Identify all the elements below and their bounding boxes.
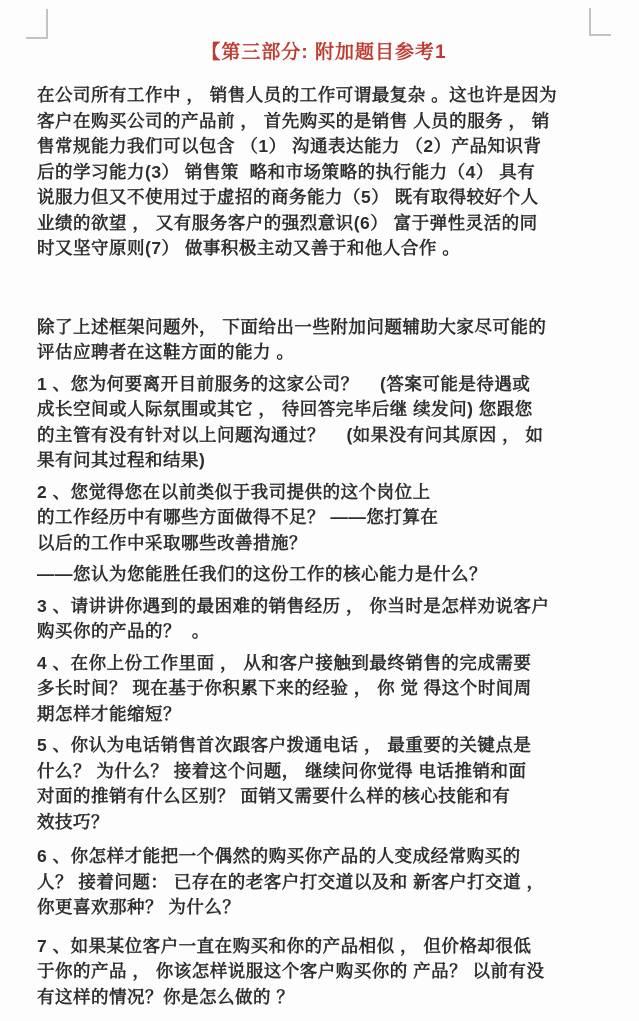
- section-heading: 【第三部分: 附加题目参考1: [37, 40, 611, 66]
- text-line: 2 、您觉得您在以前类似于我司提供的这个岗位上: [37, 480, 611, 506]
- text-line: 6 、你怎样才能把一个偶然的购买你产品的人变成经常购买的: [37, 844, 611, 870]
- text-line: 评估应聘者在这鞋方面的能力 。: [37, 340, 611, 366]
- text-line: 多长时间？ 现在基于你积累下来的经验 ， 你 觉 得这个时间周: [37, 676, 611, 702]
- text-line: 业绩的欲望 ， 又有服务客户的强烈意识(6） 富于弹性灵活的同: [37, 211, 611, 237]
- question-5: 5 、你认为电话销售首次跟客户拨通电话 ， 最重要的关键点是 什么？ 为什么？ …: [37, 733, 611, 835]
- page-content: 【第三部分: 附加题目参考1 在公司所有工作中 ， 销售人员的工作可谓最复杂 。…: [0, 0, 639, 1010]
- question-4: 4 、在你上份工作里面 ， 从和客户接触到最终销售的完成需要 多长时间？ 现在基…: [37, 651, 611, 728]
- text-line: 你更喜欢那种？ 为什么？: [37, 895, 611, 921]
- question-3: 3 、请讲讲你遇到的最困难的销售经历 ， 你当时是怎样劝说客户 购买你的产品的？…: [37, 594, 611, 645]
- text-line: 1 、您为何要离开目前服务的这家公司？ (答案可能是待遇或: [37, 372, 611, 398]
- question-6: 6 、你怎样才能把一个偶然的购买你产品的人变成经常购买的 人？ 接着问题： 已存…: [37, 844, 611, 921]
- text-line: 说服力但又不使用过于虚招的商务能力（5） 既有取得较好个人: [37, 185, 611, 211]
- questions-intro-paragraph: 除了上述框架问题外， 下面给出一些附加问题辅助大家尽可能的 评估应聘者在这鞋方面…: [37, 315, 611, 366]
- text-line: 成长空间或人际氛围或其它 ， 待回答完毕后继 续发问) 您跟您: [37, 397, 611, 423]
- text-line: 以后的工作中采取哪些改善措施？: [37, 531, 611, 557]
- text-line: 在公司所有工作中 ， 销售人员的工作可谓最复杂 。这也许是因为: [37, 83, 611, 109]
- text-line: 的主管有没有针对以上问题沟通过？ (如果没有问其原因 ， 如: [37, 423, 611, 449]
- text-line: 的工作经历中有哪些方面做得不足？ ——您打算在: [37, 505, 611, 531]
- text-line: 什么？ 为什么？ 接着这个问题， 继续问你觉得 电话推销和面: [37, 759, 611, 785]
- document-page: 【第三部分: 附加题目参考1 在公司所有工作中 ， 销售人员的工作可谓最复杂 。…: [0, 0, 639, 1021]
- text-line: 有这样的情况？你是怎么做的 ？: [37, 985, 611, 1011]
- text-line: 4 、在你上份工作里面 ， 从和客户接触到最终销售的完成需要: [37, 651, 611, 677]
- question-2: 2 、您觉得您在以前类似于我司提供的这个岗位上 的工作经历中有哪些方面做得不足？…: [37, 480, 611, 557]
- text-line: 于你的产品 ， 你该怎样说服这个客户购买你的 产品？ 以前有没: [37, 959, 611, 985]
- text-line: 5 、你认为电话销售首次跟客户拨通电话 ， 最重要的关键点是: [37, 733, 611, 759]
- text-line: 人？ 接着问题： 已存在的老客户打交道以及和 新客户打交道 ，: [37, 870, 611, 896]
- text-line: ——您认为您能胜任我们的这份工作的核心能力是什么？: [37, 562, 611, 588]
- text-line: 时又坚守原则(7） 做事积极主动又善于和他人合作 。: [37, 236, 611, 262]
- text-line: 效技巧？: [37, 810, 611, 836]
- text-line: 果有问其过程和结果): [37, 448, 611, 474]
- dash-note: ——您认为您能胜任我们的这份工作的核心能力是什么？: [37, 562, 611, 588]
- text-line: 客户在购买公司的产品前 ， 首先购买的是销售 人员的服务 ， 销: [37, 109, 611, 135]
- text-line: 3 、请讲讲你遇到的最困难的销售经历 ， 你当时是怎样劝说客户: [37, 594, 611, 620]
- page-margin-corner-mark-left: [26, 9, 48, 39]
- text-line: 购买你的产品的？ 。: [37, 619, 611, 645]
- page-margin-corner-mark-right: [589, 8, 611, 36]
- text-line: 对面的推销有什么区别？ 面销又需要什么样的核心技能和有: [37, 784, 611, 810]
- text-line: 除了上述框架问题外， 下面给出一些附加问题辅助大家尽可能的: [37, 315, 611, 341]
- text-line: 售常规能力我们可以包含 （1） 沟通表达能力 （2）产品知识背: [37, 134, 611, 160]
- intro-paragraph: 在公司所有工作中 ， 销售人员的工作可谓最复杂 。这也许是因为 客户在购买公司的…: [37, 83, 611, 262]
- text-line: 后的学习能力(3） 销售策 略和市场策略的执行能力（4） 具有: [37, 160, 611, 186]
- question-1: 1 、您为何要离开目前服务的这家公司？ (答案可能是待遇或 成长空间或人际氛围或…: [37, 372, 611, 474]
- question-7: 7 、如果某位客户一直在购买和你的产品相似 ， 但价格却很低 于你的产品 ， 你…: [37, 934, 611, 1011]
- text-line: 期怎样才能缩短？: [37, 702, 611, 728]
- text-line: 7 、如果某位客户一直在购买和你的产品相似 ， 但价格却很低: [37, 934, 611, 960]
